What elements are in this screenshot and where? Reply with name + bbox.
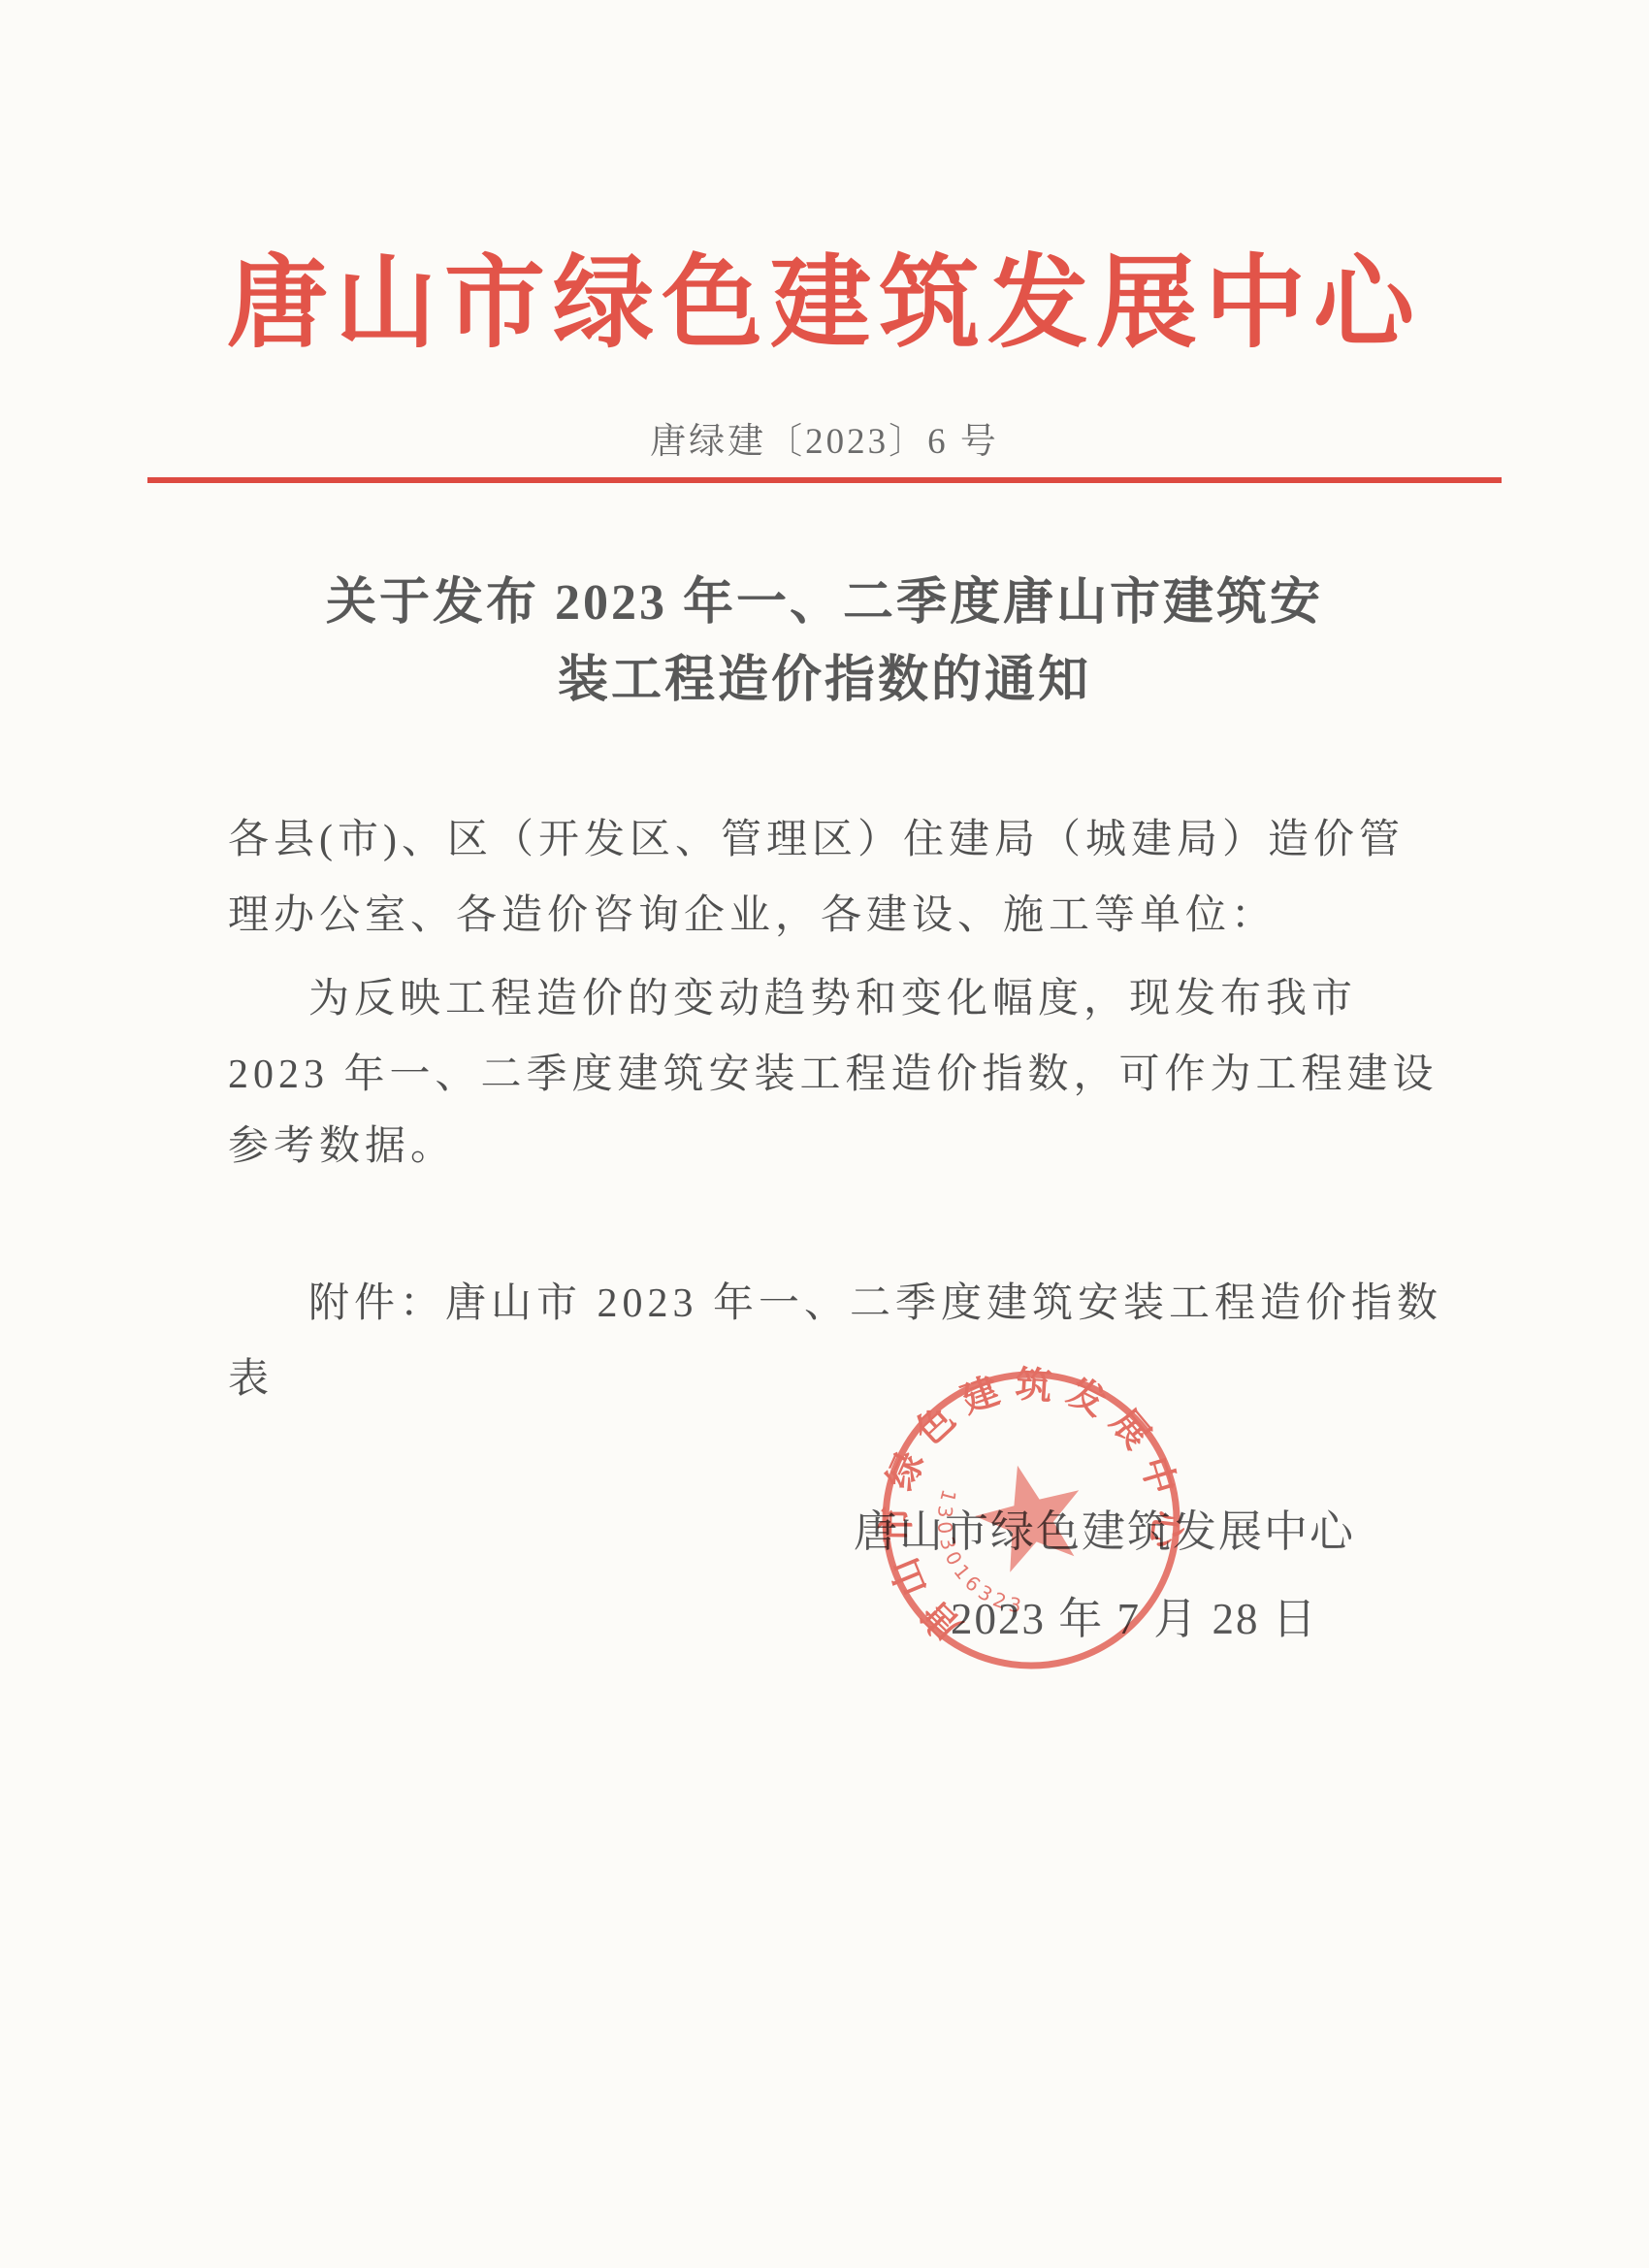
org-title: 唐山市绿色建筑发展中心 [0, 221, 1649, 367]
salutation-line: 理办公室、各造价咨询企业，各建设、施工等单位： [228, 883, 1277, 941]
attachment-line: 表 [228, 1346, 274, 1405]
body-paragraph-line: 2023 年一、二季度建筑安装工程造价指数，可作为工程建设 [228, 1042, 1439, 1100]
body-paragraph-line: 参考数据。 [228, 1114, 456, 1172]
red-divider [147, 477, 1502, 483]
doc-number: 唐绿建〔2023〕6 号 [0, 411, 1649, 464]
notice-title-line2: 装工程造价指数的通知 [0, 638, 1649, 711]
seal-star-icon [965, 1452, 1093, 1576]
salutation-line: 各县(市)、区（开发区、管理区）住建局（城建局）造价管 [228, 807, 1405, 865]
body-paragraph-line: 为反映工程造价的变动趋势和变化幅度，现发布我市 [308, 966, 1357, 1024]
attachment-line: 附件：唐山市 2023 年一、二季度建筑安装工程造价指数 [308, 1271, 1442, 1329]
notice-title-line1: 关于发布 2023 年一、二季度唐山市建筑安 [0, 561, 1649, 633]
document-page: 唐山市绿色建筑发展中心 唐绿建〔2023〕6 号 关于发布 2023 年一、二季… [0, 0, 1649, 2268]
official-seal: 唐山市绿色建筑发展中心 13030163232 [843, 1332, 1219, 1708]
